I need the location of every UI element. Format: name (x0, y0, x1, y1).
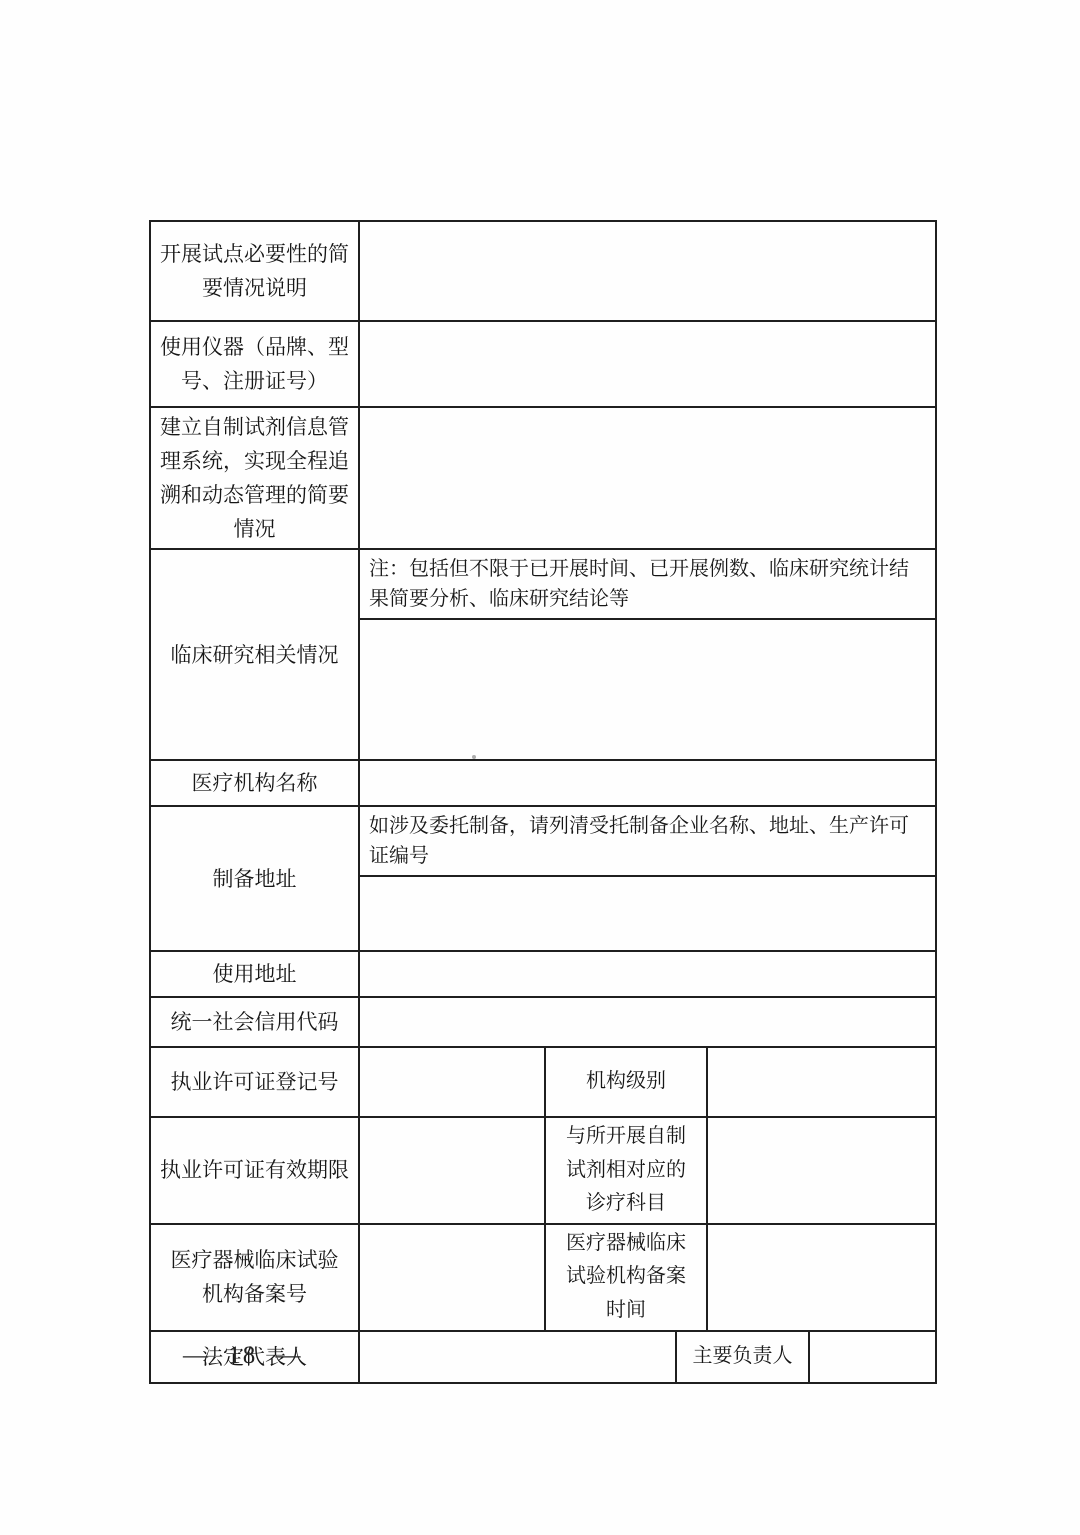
cell-institution-level-value (707, 1047, 936, 1117)
scan-artifact-speck (472, 755, 476, 759)
cell-clinical-research-note: 注：包括但不限于已开展时间、已开展例数、临床研究统计结 果简要分析、临床研究结论… (359, 549, 936, 619)
cell-trial-filing-no-value (359, 1224, 545, 1331)
table-row: 制备地址 如涉及委托制备，请列清受托制备企业名称、地址、生产许可 证编号 (150, 806, 936, 876)
row-label-info-system: 建立自制试剂信息管 理系统，实现全程追 溯和动态管理的简要 情况 (150, 407, 359, 549)
row-label-principal: 主要负责人 (676, 1331, 809, 1383)
table-row: 执业许可证登记号 机构级别 (150, 1047, 936, 1117)
row-label-institution-name: 医疗机构名称 (150, 760, 359, 806)
cell-license-validity-value (359, 1117, 545, 1224)
cell-clinical-research-value (359, 619, 936, 760)
row-label-diagnosis-subjects: 与所开展自制 试剂相对应的 诊疗科目 (545, 1117, 707, 1224)
row-label-trial-filing-time: 医疗器械临床 试验机构备案 时间 (545, 1224, 707, 1331)
table-row: 医疗器械临床试验 机构备案号 医疗器械临床 试验机构备案 时间 (150, 1224, 936, 1331)
row-label-clinical-research: 临床研究相关情况 (150, 549, 359, 760)
row-label-pilot-necessity: 开展试点必要性的简 要情况说明 (150, 221, 359, 321)
row-label-institution-level: 机构级别 (545, 1047, 707, 1117)
cell-legal-representative-value (359, 1331, 676, 1383)
table-row: 临床研究相关情况 注：包括但不限于已开展时间、已开展例数、临床研究统计结 果简要… (150, 549, 936, 619)
cell-practice-license-no-value (359, 1047, 545, 1117)
cell-diagnosis-subjects-value (707, 1117, 936, 1224)
table-row: 医疗机构名称 (150, 760, 936, 806)
footer-page-number: — 18 — (183, 1342, 303, 1370)
cell-institution-name-value (359, 760, 936, 806)
cell-preparation-address-note: 如涉及委托制备，请列清受托制备企业名称、地址、生产许可 证编号 (359, 806, 936, 876)
table-row: 开展试点必要性的简 要情况说明 (150, 221, 936, 321)
cell-principal-value (809, 1331, 936, 1383)
table-row: 使用仪器（品牌、型 号、注册证号） (150, 321, 936, 407)
cell-pilot-necessity-value (359, 221, 936, 321)
row-label-instruments: 使用仪器（品牌、型 号、注册证号） (150, 321, 359, 407)
document-page: 开展试点必要性的简 要情况说明 使用仪器（品牌、型 号、注册证号） 建立自制试剂… (0, 0, 1080, 1535)
table-row: 建立自制试剂信息管 理系统，实现全程追 溯和动态管理的简要 情况 (150, 407, 936, 549)
cell-trial-filing-time-value (707, 1224, 936, 1331)
row-label-use-address: 使用地址 (150, 951, 359, 997)
cell-info-system-value (359, 407, 936, 549)
cell-credit-code-value (359, 997, 936, 1047)
table-row: 使用地址 (150, 951, 936, 997)
row-label-license-validity: 执业许可证有效期限 (150, 1117, 359, 1224)
row-label-preparation-address: 制备地址 (150, 806, 359, 951)
cell-use-address-value (359, 951, 936, 997)
table-row: 统一社会信用代码 (150, 997, 936, 1047)
row-label-practice-license-no: 执业许可证登记号 (150, 1047, 359, 1117)
row-label-credit-code: 统一社会信用代码 (150, 997, 359, 1047)
cell-instruments-value (359, 321, 936, 407)
row-label-trial-filing-no: 医疗器械临床试验 机构备案号 (150, 1224, 359, 1331)
table-row: 执业许可证有效期限 与所开展自制 试剂相对应的 诊疗科目 (150, 1117, 936, 1224)
cell-preparation-address-value (359, 876, 936, 951)
application-form-table: 开展试点必要性的简 要情况说明 使用仪器（品牌、型 号、注册证号） 建立自制试剂… (149, 220, 937, 1384)
